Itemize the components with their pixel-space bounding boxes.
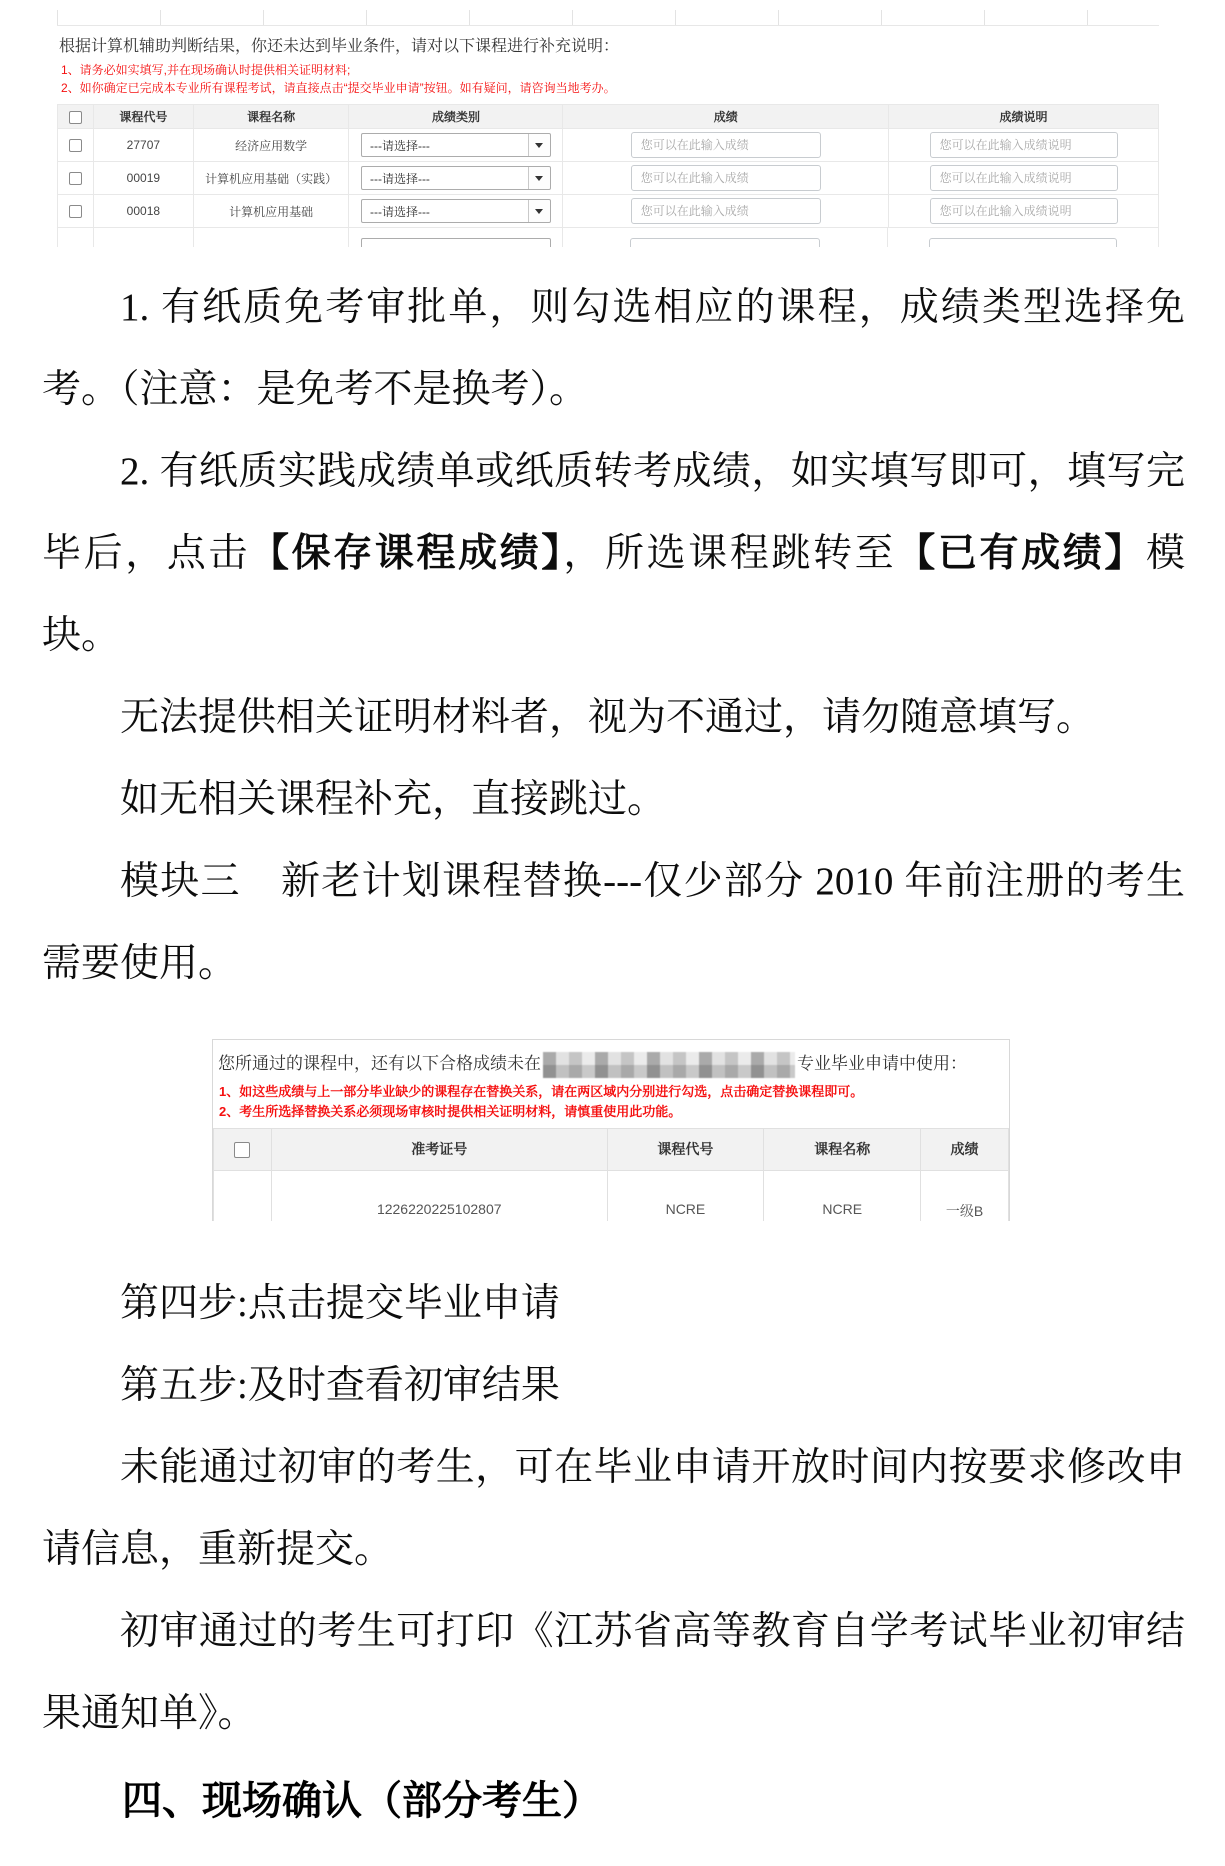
step-5-line: 第五步:及时查看初审结果	[42, 1345, 1185, 1427]
col-header-score-note: 成绩说明	[889, 105, 1159, 129]
course-code: NCRE	[607, 1170, 764, 1221]
replacement-intro-prefix: 您所通过的课程中，还有以下合格成绩未在	[218, 1054, 541, 1073]
paragraph: 2. 有纸质实践成绩单或纸质转考成绩，如实填写即可，填写完毕后，点击【保存课程成…	[42, 431, 1185, 677]
course-code: 00018	[93, 195, 193, 228]
chevron-down-icon[interactable]	[528, 200, 550, 222]
paragraph: 未能通过初审的考生，可在毕业申请开放时间内按要求修改申请信息，重新提交。	[42, 1427, 1185, 1591]
replacement-notice-2: 2、考生所选择替换关系必须现场审核时提供相关证明材料，请慎重使用此功能。	[213, 1102, 1009, 1122]
course-name: NCRE	[764, 1170, 921, 1221]
select-value: ---请选择---	[370, 203, 430, 220]
course-code: 00019	[93, 162, 193, 195]
col-header-score: 成绩	[563, 105, 889, 129]
censored-region	[543, 1052, 795, 1078]
table-row: 1226220225102807 NCRE NCRE 一级B	[214, 1170, 1009, 1221]
existing-scores-module-ref: 【已有成绩】	[896, 532, 1146, 575]
cropped-previous-row	[57, 10, 1159, 26]
course-name: 计算机应用基础（实践）	[193, 162, 349, 195]
paragraph: 无法提供相关证明材料者，视为不通过，请勿随意填写。	[42, 677, 1185, 759]
col-header-course-code: 课程代号	[607, 1128, 764, 1170]
score-value: 一级B	[921, 1170, 1009, 1221]
replacement-intro-suffix: 专业毕业申请中使用：	[797, 1054, 967, 1073]
select-all-checkbox[interactable]	[69, 111, 82, 124]
table-header-row: 课程代号 课程名称 成绩类别 成绩 成绩说明	[58, 105, 1159, 129]
course-replacement-screenshot: 您所通过的课程中，还有以下合格成绩未在专业毕业申请中使用： 1、如这些成绩与上一…	[212, 1039, 1010, 1221]
col-header-course-code: 课程代号	[93, 105, 193, 129]
table-row: 27707 经济应用数学 ---请选择---	[58, 129, 1159, 162]
score-note-input[interactable]	[930, 198, 1118, 224]
score-type-select[interactable]: ---请选择---	[361, 133, 551, 157]
row-checkbox[interactable]	[69, 172, 82, 185]
col-header-course-name: 课程名称	[764, 1128, 921, 1170]
col-header-course-name: 课程名称	[193, 105, 349, 129]
chevron-down-icon[interactable]	[528, 134, 550, 156]
select-value: ---请选择---	[370, 170, 430, 187]
paragraph: 模块三 新老计划课程替换---仅少部分 2010 年前注册的考生需要使用。	[42, 841, 1185, 1005]
row-checkbox[interactable]	[69, 205, 82, 218]
form-notice-1: 1、请务必如实填写,并在现场确认时提供相关证明材料;	[57, 61, 1159, 79]
score-note-input[interactable]	[930, 165, 1118, 191]
table-row: 00018 计算机应用基础 ---请选择---	[58, 195, 1159, 228]
section-heading: 四、现场确认（部分考生）	[42, 1769, 1185, 1826]
score-input[interactable]	[631, 165, 821, 191]
score-input[interactable]	[631, 132, 821, 158]
cropped-next-row	[57, 228, 1159, 247]
select-all-checkbox[interactable]	[234, 1142, 250, 1158]
paragraph: 如无相关课程补充，直接跳过。	[42, 759, 1185, 841]
course-supplement-screenshot: 根据计算机辅助判断结果，你还未达到毕业条件，请对以下课程进行补充说明： 1、请务…	[57, 10, 1159, 247]
unused-scores-table: 准考证号 课程代号 课程名称 成绩 1226220225102807 NCRE …	[213, 1128, 1009, 1221]
chevron-down-icon[interactable]	[528, 167, 550, 189]
col-header-ticket-number: 准考证号	[271, 1128, 607, 1170]
col-header-score-type: 成绩类别	[349, 105, 563, 129]
paragraph-text: ，所选课程跳转至	[563, 532, 896, 575]
document-body-2: 第四步:点击提交毕业申请 第五步:及时查看初审结果 未能通过初审的考生，可在毕业…	[42, 1263, 1185, 1755]
paragraph: 初审通过的考生可打印《江苏省高等教育自学考试毕业初审结果通知单》。	[42, 1591, 1185, 1755]
document-page: 根据计算机辅助判断结果，你还未达到毕业条件，请对以下课程进行补充说明： 1、请务…	[0, 0, 1225, 1866]
paragraph: 1. 有纸质免考审批单，则勾选相应的课程，成绩类型选择免考。（注意：是免考不是换…	[42, 267, 1185, 431]
course-name: 计算机应用基础	[193, 195, 349, 228]
form-intro-text: 根据计算机辅助判断结果，你还未达到毕业条件，请对以下课程进行补充说明：	[57, 26, 1159, 61]
score-type-select[interactable]: ---请选择---	[361, 199, 551, 223]
score-note-input[interactable]	[930, 132, 1118, 158]
document-body-1: 1. 有纸质免考审批单，则勾选相应的课程，成绩类型选择免考。（注意：是免考不是换…	[42, 267, 1185, 1005]
score-input[interactable]	[631, 198, 821, 224]
row-checkbox[interactable]	[69, 139, 82, 152]
table-header-row: 准考证号 课程代号 课程名称 成绩	[214, 1128, 1009, 1170]
select-value: ---请选择---	[370, 137, 430, 154]
form-notice-2: 2、如你确定已完成本专业所有课程考试，请直接点击“提交毕业申请”按钮。如有疑问，…	[57, 79, 1159, 104]
replacement-intro-text: 您所通过的课程中，还有以下合格成绩未在专业毕业申请中使用：	[213, 1040, 1009, 1082]
course-name: 经济应用数学	[193, 129, 349, 162]
table-row: 00019 计算机应用基础（实践） ---请选择---	[58, 162, 1159, 195]
ticket-number: 1226220225102807	[271, 1170, 607, 1221]
replacement-notice-1: 1、如这些成绩与上一部分毕业缺少的课程存在替换关系，请在两区域内分别进行勾选，点…	[213, 1082, 1009, 1102]
save-scores-button-ref: 【保存课程成绩】	[250, 532, 563, 575]
step-4-line: 第四步:点击提交毕业申请	[42, 1263, 1185, 1345]
score-type-select[interactable]: ---请选择---	[361, 166, 551, 190]
course-code: 27707	[93, 129, 193, 162]
col-header-score: 成绩	[921, 1128, 1009, 1170]
course-supplement-table: 课程代号 课程名称 成绩类别 成绩 成绩说明 27707 经济应用数学 ---请…	[57, 104, 1159, 228]
